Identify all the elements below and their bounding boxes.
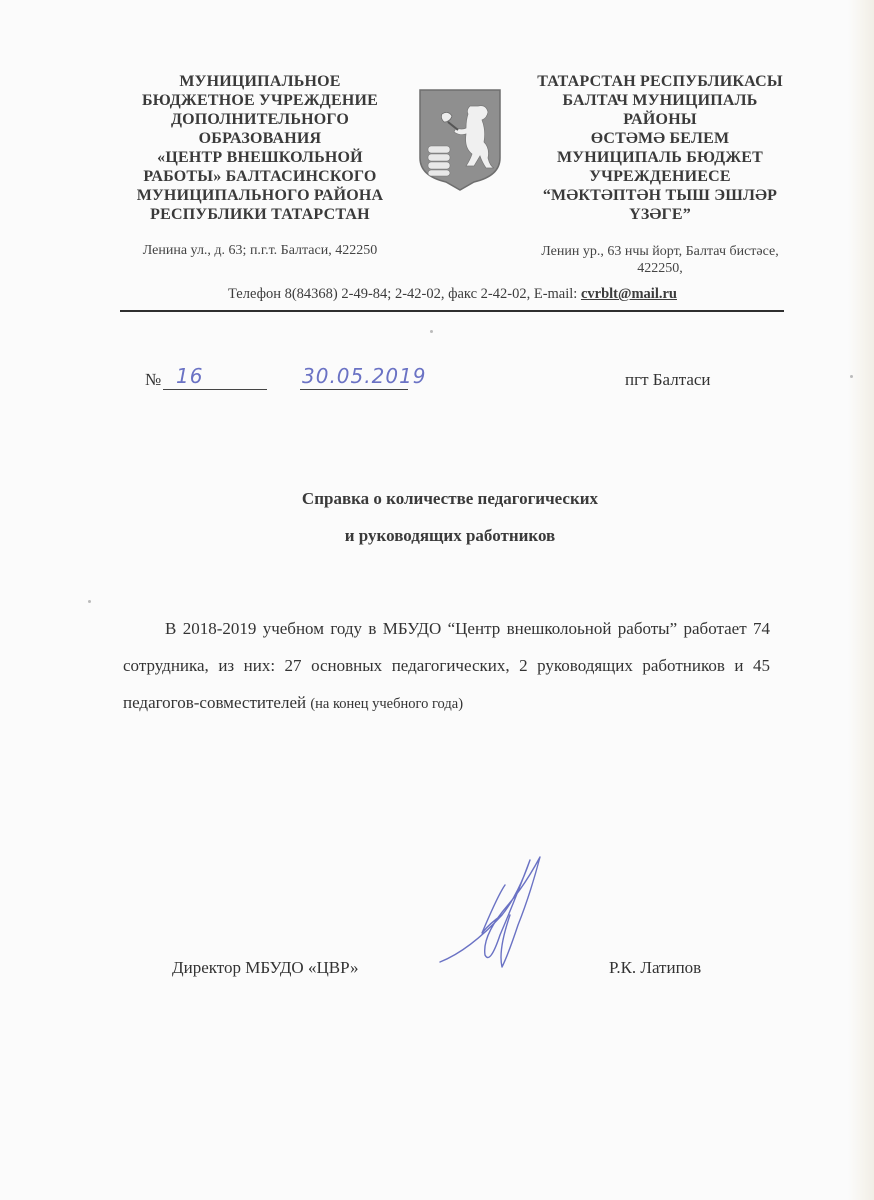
reg-date-underline (300, 389, 408, 390)
address-tt-line: Ленин ур., 63 нчы йорт, Балтач бистәсе, (500, 243, 820, 260)
address-tt-line: 422250, (500, 260, 820, 277)
org-tt-line: УЧРЕЖДЕНИЕСЕ (500, 167, 820, 186)
org-ru-line: БЮДЖЕТНОЕ УЧРЕЖДЕНИЕ (100, 91, 420, 110)
org-tt-line: БАЛТАЧ МУНИЦИПАЛЬ (500, 91, 820, 110)
scan-speck (88, 600, 91, 603)
org-tt-line: ҮЗӘГЕ” (500, 205, 820, 224)
org-ru-line: МУНИЦИПАЛЬНОЕ (100, 72, 420, 91)
org-tt-line: МУНИЦИПАЛЬ БЮДЖЕТ (500, 148, 820, 167)
address-tt: Ленин ур., 63 нчы йорт, Балтач бистәсе, … (500, 243, 820, 277)
org-tt-line: ТАТАРСТАН РЕСПУБЛИКАСЫ (500, 72, 820, 91)
reg-number-underline (163, 389, 267, 390)
address-ru: Ленина ул., д. 63; п.г.т. Балтаси, 42225… (100, 243, 420, 259)
contacts-line: Телефон 8(84368) 2-49-84; 2-42-02, факс … (120, 286, 785, 303)
signature-icon (390, 855, 590, 970)
body-note-text: (на конец учебного года) (310, 696, 463, 712)
org-ru-line: ОБРАЗОВАНИЯ (100, 129, 420, 148)
phone-fax-text: Телефон 8(84368) 2-49-84; 2-42-02, факс … (228, 286, 581, 302)
title-line-2: и руководящих работников (200, 517, 700, 554)
page-edge-shadow (848, 0, 874, 1200)
org-tt-line: ӨСТӘМӘ БЕЛЕМ (500, 129, 820, 148)
letterhead-org-tt: ТАТАРСТАН РЕСПУБЛИКАСЫ БАЛТАЧ МУНИЦИПАЛЬ… (500, 72, 820, 224)
document-title: Справка о количестве педагогических и ру… (200, 480, 700, 554)
signatory-name: Р.К. Латипов (609, 958, 701, 978)
scan-speck (430, 330, 433, 333)
org-tt-line: РАЙОНЫ (500, 110, 820, 129)
scan-speck (850, 375, 853, 378)
signatory-position: Директор МБУДО «ЦВР» (172, 958, 358, 978)
letterhead-divider (120, 310, 784, 312)
org-ru-line: ДОПОЛНИТЕЛЬНОГО (100, 110, 420, 129)
org-ru-line: РЕСПУБЛИКИ ТАТАРСТАН (100, 205, 420, 224)
reg-date-value: 30.05.2019 (302, 364, 427, 388)
org-ru-line: РАБОТЫ» БАЛТАСИНСКОГО (100, 167, 420, 186)
email-link[interactable]: cvrblt@mail.ru (581, 286, 677, 302)
reg-number-value: 16 (176, 364, 203, 388)
coat-of-arms-icon (418, 88, 502, 192)
org-ru-line: «ЦЕНТР ВНЕШКОЛЬНОЙ (100, 148, 420, 167)
document-body: В 2018-2019 учебном году в МБУДО “Центр … (123, 610, 770, 723)
org-ru-line: МУНИЦИПАЛЬНОГО РАЙОНА (100, 186, 420, 205)
letterhead-org-ru: МУНИЦИПАЛЬНОЕ БЮДЖЕТНОЕ УЧРЕЖДЕНИЕ ДОПОЛ… (100, 72, 420, 224)
org-tt-line: “МӘКТӘПТӘН ТЫШ ЭШЛӘР (500, 186, 820, 205)
reg-place: пгт Балтаси (625, 370, 711, 390)
reg-number-label: № (145, 370, 161, 390)
title-line-1: Справка о количестве педагогических (200, 480, 700, 517)
